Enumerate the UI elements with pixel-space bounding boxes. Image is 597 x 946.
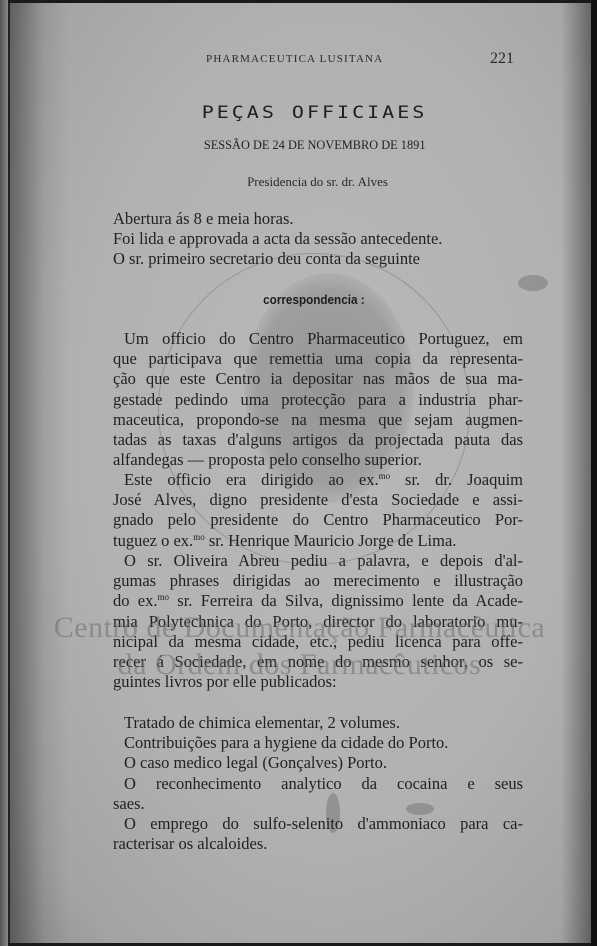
correspondence-heading: correspondencia : bbox=[37, 292, 562, 307]
page-number: 221 bbox=[490, 50, 514, 68]
text-line: que participava que remettia uma copia d… bbox=[113, 349, 523, 369]
book-item: O caso medico legal (Gonçalves) Porto. bbox=[113, 753, 523, 773]
text-line: alfandegas — proposta pelo conselho supe… bbox=[113, 450, 523, 470]
intro-line: Foi lida e approvada a acta da sessão an… bbox=[113, 229, 523, 249]
running-head: PHARMACEUTICA LUSITANA 221 bbox=[8, 50, 591, 70]
scanned-page: PHARMACEUTICA LUSITANA 221 PEÇAS OFFICIA… bbox=[8, 3, 591, 943]
text-line: nicipal da mesma cidade, etc., pediu lic… bbox=[113, 632, 523, 652]
superscript: mo bbox=[157, 592, 169, 602]
text-line: mia Polytechnica do Porto, director do l… bbox=[113, 612, 523, 632]
paragraph-2: Este officio era dirigido ao ex.mo sr. d… bbox=[113, 470, 523, 551]
text-span: sr. Ferreira da Silva, dignissimo lente … bbox=[169, 591, 523, 610]
text-line: guintes livros por elle publicados: bbox=[113, 672, 523, 692]
superscript: mo bbox=[193, 532, 205, 542]
text-line: recer á Sociedade, em nome do mesmo senh… bbox=[113, 652, 523, 672]
text-line: do ex.mo sr. Ferreira da Silva, dignissi… bbox=[113, 591, 523, 611]
text-line: gestade pedindo uma protecção para a ind… bbox=[113, 390, 523, 410]
spine-line bbox=[8, 3, 10, 943]
text-line: tadas as taxas d'alguns artigos da proje… bbox=[113, 430, 523, 450]
text-line: ção que este Centro ia depositar nas mão… bbox=[113, 369, 523, 389]
paragraph-3: O sr. Oliveira Abreu pediu a palavra, e … bbox=[113, 551, 523, 692]
text-span: sr. dr. Joaquim bbox=[390, 470, 523, 489]
book-item: O reconhecimento analytico da cocaina e … bbox=[113, 774, 523, 794]
superscript: mo bbox=[379, 471, 391, 481]
ink-smudge bbox=[518, 275, 548, 291]
text-span: do ex. bbox=[113, 591, 157, 610]
text-line: Este officio era dirigido ao ex.mo sr. d… bbox=[113, 470, 523, 490]
paragraph-1: Um officio do Centro Pharmaceutico Portu… bbox=[113, 329, 523, 470]
text-line: O sr. Oliveira Abreu pediu a palavra, e … bbox=[113, 551, 523, 571]
book-item: Contribuições para a hygiene da cidade d… bbox=[113, 733, 523, 753]
text-line: tuguez o ex.mo sr. Henrique Mauricio Jor… bbox=[113, 531, 523, 551]
text-line: gnado pelo presidente do Centro Pharmace… bbox=[113, 510, 523, 530]
text-span: tuguez o ex. bbox=[113, 531, 193, 550]
text-span: Este officio era dirigido ao ex. bbox=[124, 470, 379, 489]
book-item: racterisar os alcaloides. bbox=[113, 834, 523, 854]
books-list: Tratado de chimica elementar, 2 volumes.… bbox=[113, 713, 523, 854]
book-item: saes. bbox=[113, 794, 523, 814]
text-span: sr. Henrique Mauricio Jorge de Lima. bbox=[205, 531, 457, 550]
book-right-edge bbox=[591, 0, 597, 946]
text-line: Um officio do Centro Pharmaceutico Portu… bbox=[113, 329, 523, 349]
book-left-edge bbox=[0, 0, 8, 946]
session-heading: SESSÃO DE 24 DE NOVEMBRO DE 1891 bbox=[23, 137, 577, 153]
text-line: José Alves, digno presidente d'esta Soci… bbox=[113, 490, 523, 510]
book-item: Tratado de chimica elementar, 2 volumes. bbox=[113, 713, 523, 733]
intro-block: Abertura ás 8 e meia horas. Foi lida e a… bbox=[113, 209, 523, 270]
journal-title: PHARMACEUTICA LUSITANA bbox=[206, 53, 383, 65]
presidency-line: Presidencia do sr. dr. Alves bbox=[8, 174, 591, 190]
book-item: O emprego do sulfo-selenito d'ammoniaco … bbox=[113, 814, 523, 834]
text-line: gumas phrases dirigidas ao merecimento e… bbox=[113, 571, 523, 591]
section-title: PEÇAS OFFICIAES bbox=[8, 102, 591, 122]
text-line: maceutica, propondo-se na mesma que seja… bbox=[113, 410, 523, 430]
intro-line: O sr. primeiro secretario deu conta da s… bbox=[113, 249, 523, 269]
intro-line: Abertura ás 8 e meia horas. bbox=[113, 209, 523, 229]
